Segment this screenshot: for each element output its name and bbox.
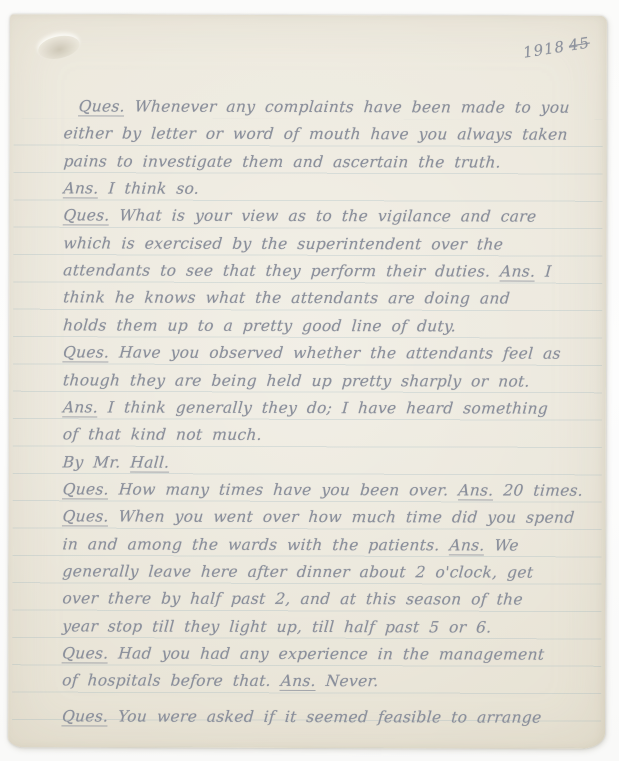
- manuscript-line: over there by half past 2, and at this s…: [62, 587, 586, 612]
- handwriting: Whenever any complaints have been made t…: [124, 98, 570, 117]
- underlined-handwriting: Hall.: [130, 453, 170, 472]
- handwriting: of that kind not much.: [62, 426, 262, 445]
- manuscript-line: Ques. Whenever any complaints have been …: [63, 94, 602, 119]
- handwriting: You were asked if it seemed feasible to …: [108, 707, 542, 726]
- handwriting: think he knows what the attendants are d…: [63, 289, 511, 308]
- underlined-handwriting: Ans.: [449, 536, 486, 555]
- handwriting: Had you had any experience in the manage…: [108, 644, 545, 663]
- handwriting: over there by half past 2, and at this s…: [62, 590, 524, 609]
- handwriting: I think generally they do; I have heard …: [98, 398, 549, 417]
- underlined-handwriting: Ques.: [62, 344, 110, 363]
- manuscript-line: generally leave here after dinner about …: [62, 559, 586, 584]
- handwriting: We: [484, 536, 519, 554]
- manuscript-line: of hospitals before that. Ans. Never.: [61, 669, 585, 694]
- handwriting: year stop till they light up, till half …: [62, 617, 493, 636]
- manuscript-page: 191845 Ques. Whenever any complaints hav…: [8, 14, 607, 749]
- handwriting: Have you observed whether the attendants…: [109, 344, 562, 363]
- underlined-handwriting: Ques.: [62, 508, 110, 527]
- handwritten-text-block: Ques. Whenever any complaints have been …: [8, 14, 607, 749]
- handwriting: When you went over how much time did you…: [108, 508, 575, 527]
- manuscript-line: think he knows what the attendants are d…: [62, 286, 586, 311]
- handwriting: either by letter or word of mouth have y…: [63, 125, 568, 144]
- underlined-handwriting: Ans.: [62, 398, 99, 417]
- manuscript-line: Ans. I think so.: [63, 176, 587, 201]
- handwriting: which is exercised by the superintendent…: [63, 234, 504, 253]
- underlined-handwriting: Ques.: [62, 644, 110, 663]
- manuscript-line: Ques. What is your view as to the vigila…: [63, 204, 587, 229]
- manuscript-line: pains to investigate them and ascertain …: [63, 149, 587, 174]
- underlined-handwriting: Ans.: [63, 179, 100, 198]
- manuscript-line: Ans. I think generally they do; I have h…: [62, 395, 586, 420]
- handwriting: though they are being held up pretty sha…: [62, 371, 530, 390]
- manuscript-line: of that kind not much.: [62, 423, 586, 448]
- manuscript-line: either by letter or word of mouth have y…: [63, 122, 587, 147]
- manuscript-line: which is exercised by the superintendent…: [62, 231, 586, 256]
- manuscript-line: Ques. How many times have you been over.…: [62, 477, 586, 502]
- handwriting: in and among the wards with the patients…: [62, 535, 450, 554]
- handwriting: How many times have you been over.: [108, 480, 459, 499]
- handwriting: 20 times.: [493, 481, 584, 499]
- manuscript-line: though they are being held up pretty sha…: [62, 368, 586, 393]
- underlined-handwriting: Ques.: [62, 480, 110, 499]
- handwriting: pains to investigate them and ascertain …: [63, 152, 502, 171]
- underlined-handwriting: Ans.: [499, 263, 536, 282]
- handwriting: I think so.: [98, 180, 200, 198]
- handwriting: attendants to see that they perform thei…: [63, 261, 501, 280]
- underlined-handwriting: Ans.: [458, 481, 495, 500]
- manuscript-line: in and among the wards with the patients…: [62, 532, 586, 557]
- handwriting: Never.: [315, 672, 379, 690]
- underlined-handwriting: Ques.: [61, 707, 109, 726]
- manuscript-line: year stop till they light up, till half …: [61, 614, 585, 639]
- underlined-handwriting: Ques.: [63, 207, 111, 226]
- handwriting: I: [535, 263, 552, 281]
- handwriting: What is your view as to the vigilance an…: [109, 207, 537, 226]
- underlined-handwriting: Ques.: [78, 97, 126, 116]
- manuscript-line: Ques. You were asked if it seemed feasib…: [61, 704, 585, 729]
- handwriting: holds them up to a pretty good line of d…: [62, 316, 456, 335]
- handwriting: of hospitals before that.: [62, 672, 282, 691]
- manuscript-line: attendants to see that they perform thei…: [62, 258, 586, 283]
- manuscript-line: holds them up to a pretty good line of d…: [62, 313, 586, 338]
- handwriting: generally leave here after dinner about …: [62, 562, 534, 581]
- handwriting: By Mr.: [62, 453, 131, 471]
- manuscript-line: Ques. Had you had any experience in the …: [61, 641, 585, 666]
- manuscript-line: Ques. Have you observed whether the atte…: [62, 341, 586, 366]
- manuscript-line: Ques. When you went over how much time d…: [62, 505, 586, 530]
- underlined-handwriting: Ans.: [280, 672, 317, 691]
- manuscript-line: By Mr. Hall.: [62, 450, 586, 475]
